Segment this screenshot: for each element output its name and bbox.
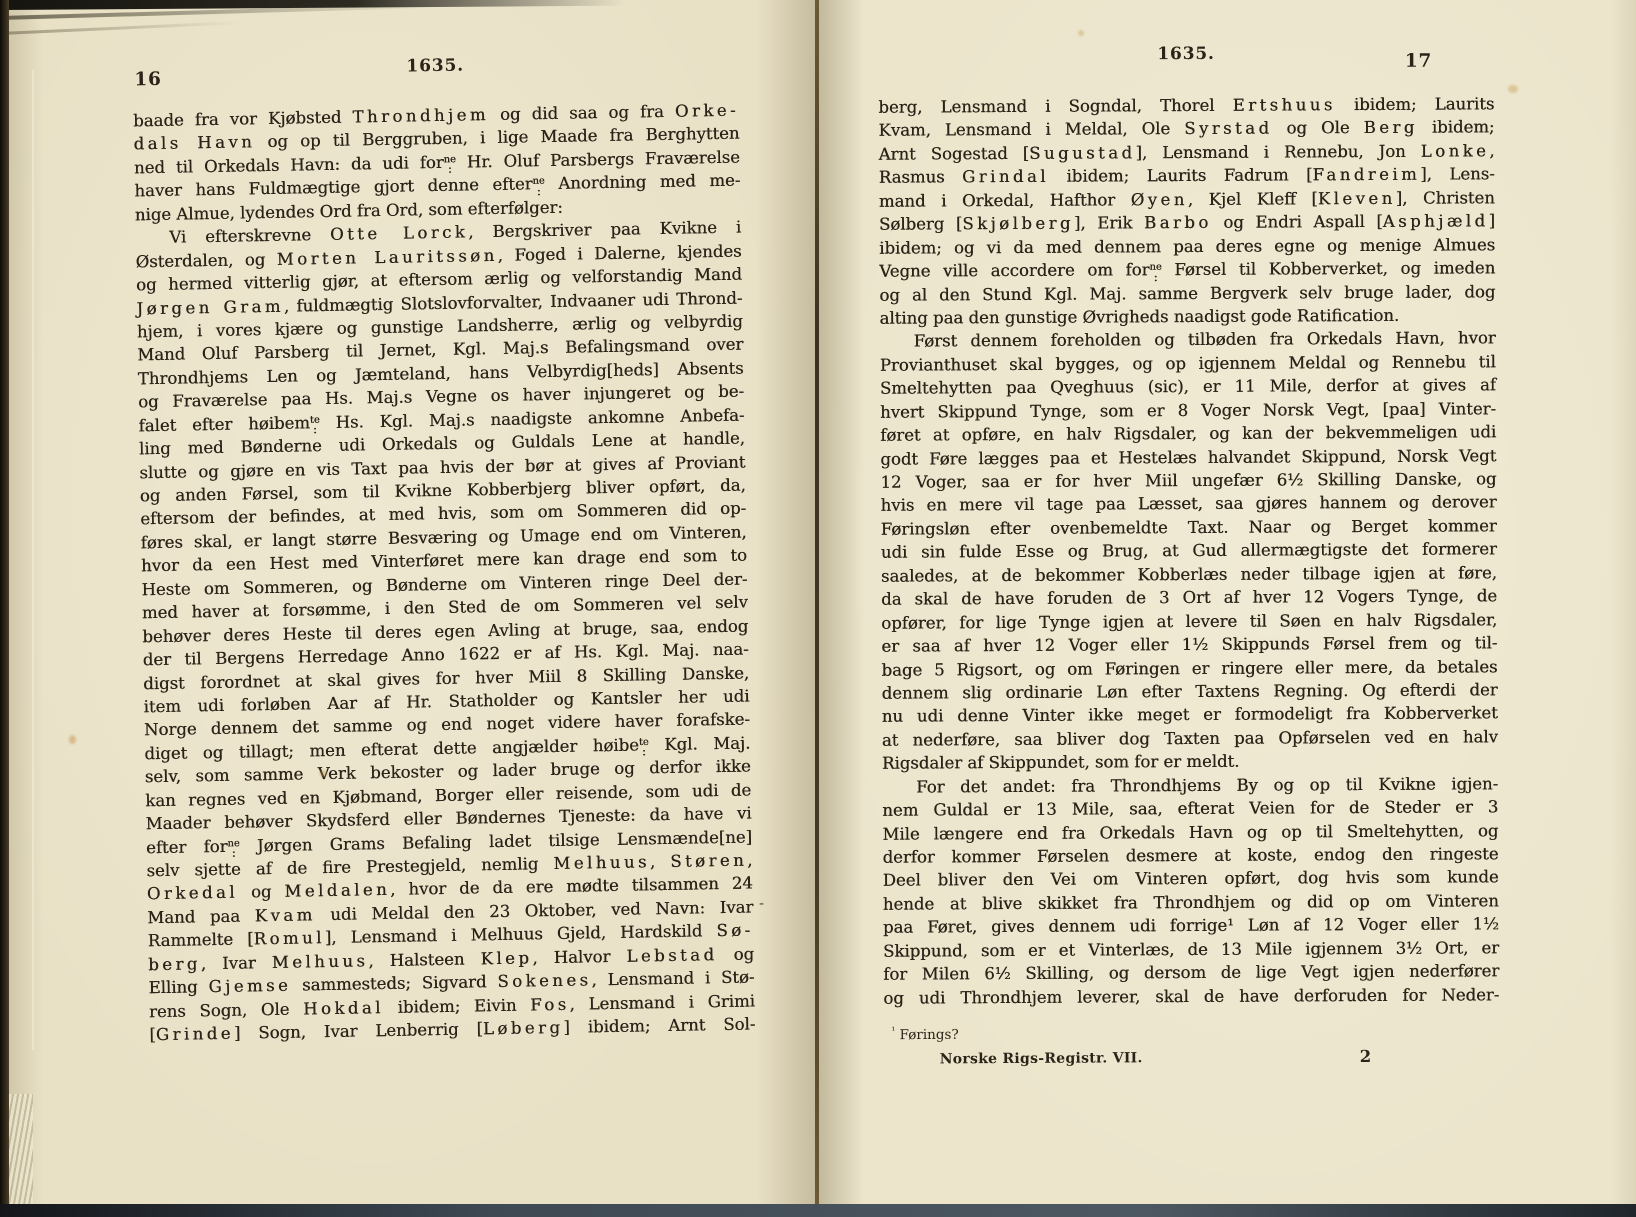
- text-line: nu udi denne Vinter ikke meget er formod…: [882, 702, 1498, 729]
- text-line: dennem slig ordinarie Løn efter Taxtens …: [882, 678, 1498, 705]
- letterspaced-name: Grindal: [962, 167, 1049, 186]
- letterspaced-name: berg: [148, 954, 201, 974]
- text-line: Arnt Sogestad [Sugustad], Lensmand i Ren…: [879, 139, 1495, 166]
- text-line: udi sin fulde Esse og Brug, at Gud aller…: [881, 538, 1497, 565]
- text-line: mand i Orkedal, Hafthor Øyen, Kjel Kleff…: [879, 186, 1495, 213]
- text-line: opfører, for lige Tynge igjen at levere …: [881, 608, 1497, 635]
- right-page-body-text: berg, Lensmand i Sogndal, Thorel Ertshuu…: [878, 92, 1499, 1009]
- letterspaced-name: Melhuus: [553, 852, 650, 873]
- text-line: Skippund, som er et Vinterlæs, de 13 Mil…: [883, 936, 1499, 963]
- letterspaced-name: Melhuus: [272, 951, 369, 972]
- letterspaced-name: Asphjæld: [1383, 212, 1489, 232]
- foxing-spot: [1078, 30, 1084, 36]
- letterspaced-name: Sø-: [716, 921, 754, 941]
- text-line: Mile længere end fra Orkedals Havn og op…: [882, 819, 1498, 846]
- text-line: hvis en mere vil tage paa Læsset, saa gj…: [881, 491, 1497, 518]
- abbreviation-superscript: ne:: [443, 151, 456, 175]
- text-line: for Milen 6¹⁄₂ Skilling, og dersom de li…: [883, 959, 1499, 986]
- abbreviation-superscript: ne:: [227, 834, 240, 858]
- letterspaced-name: Ertshuus: [1233, 95, 1336, 115]
- abbreviation-superscript: te:: [639, 733, 649, 757]
- text-line: godt Føre lægges paa et Hestelæs halvand…: [880, 444, 1496, 471]
- text-line: at nederføre, saa bliver dog Taxten paa …: [882, 725, 1498, 752]
- letterspaced-name: Orke-: [675, 101, 739, 121]
- text-line: Sølberg [Skjølberg], Erik Barbo og Endri…: [879, 209, 1495, 236]
- letterspaced-name: Syrstad: [1184, 119, 1272, 138]
- letterspaced-name: Sokenes: [497, 971, 591, 992]
- abbreviation-superscript: ne:: [1149, 258, 1161, 282]
- text-line: Føringsløn efter ovenbemeldte Taxt. Naar…: [881, 514, 1497, 541]
- series-title: Norske Rigs-Registr. VII.: [940, 1050, 1143, 1067]
- text-line: hende at blive skikket fra Throndhjem og…: [883, 889, 1499, 916]
- letterspaced-name: Berg: [1364, 118, 1418, 137]
- text-line: nem Guldal er 13 Mile, saa, efterat Veie…: [882, 795, 1498, 822]
- book-spine-gutter: [815, 0, 819, 1205]
- text-line: Først dennem foreholden og tilbøden fra …: [880, 327, 1496, 354]
- foxing-spot: [69, 735, 76, 744]
- footnote-text: Førings?: [900, 1027, 959, 1043]
- abbreviation-superscript: ne:: [532, 172, 545, 196]
- book-scan-spread: 16 1635. baade fra vor Kjøbsted Throndhj…: [0, 0, 1636, 1217]
- letterspaced-name: Øyen: [1131, 190, 1188, 209]
- text-line: hvert Skippund Tynge, som er 8 Voger Nor…: [880, 397, 1496, 424]
- letterspaced-name: Kleven: [1318, 189, 1396, 208]
- letterspaced-name: Skjølberg: [962, 214, 1074, 234]
- letterspaced-name: Fandreim: [1312, 165, 1420, 185]
- letterspaced-name: Støren: [670, 851, 747, 871]
- letterspaced-name: Orkedal: [147, 883, 238, 904]
- text-line: Vegne ville accordere om forne: Førsel t…: [879, 256, 1495, 283]
- letterspaced-name: Kvam: [255, 905, 316, 925]
- letterspaced-name: Hokdal: [303, 998, 384, 1018]
- scan-edge-left: [0, 0, 9, 1217]
- text-line: bage 5 Rigsort, og om Føringen er ringer…: [881, 655, 1497, 682]
- text-line: 12 Voger, saa er for hver Miil ungefær 6…: [880, 467, 1496, 494]
- right-page-text-column: 1635. 17 berg, Lensmand i Sogndal, Thore…: [878, 42, 1500, 1073]
- right-page: 1635. 17 berg, Lensmand i Sogndal, Thore…: [818, 0, 1636, 1205]
- letterspaced-name: Morten Lauritssøn: [277, 246, 498, 269]
- page-number: 17: [1405, 51, 1432, 72]
- footnote-marker: ¹: [891, 1026, 895, 1037]
- text-line: Kvam, Lensmand i Meldal, Ole Syrstad og …: [878, 116, 1494, 143]
- text-line: ibidem; og vi da med dennem paa deres eg…: [879, 233, 1495, 260]
- running-head: 1635.: [132, 51, 738, 82]
- letterspaced-name: Lonke: [1421, 141, 1490, 160]
- text-line: derfor kommer Førselen desmere at koste,…: [882, 842, 1498, 869]
- text-line: er saa af hver 12 Voger eller 1¹⁄₂ Skipp…: [881, 631, 1497, 658]
- text-line: og al den Stund Kgl. Maj. samme Bergverk…: [879, 280, 1495, 307]
- text-line: saaledes, at de bekommer Kobberlæs neder…: [881, 561, 1497, 588]
- text-line: For det andet: fra Throndhjems By og op …: [882, 772, 1498, 799]
- text-line: berg, Lensmand i Sogndal, Thorel Ertshuu…: [878, 92, 1494, 119]
- scan-edge-bottom: [0, 1204, 1636, 1217]
- letterspaced-name: Barbo: [1144, 213, 1212, 232]
- right-page-header: 1635. 17: [878, 42, 1494, 95]
- letterspaced-name: Klep: [480, 948, 532, 968]
- text-line: paa Føret, gives dennem udi forrige¹ Løn…: [883, 913, 1499, 940]
- left-page-body-text: baade fra vor Kjøbsted Throndhjem og did…: [133, 99, 756, 1047]
- margin-ink-mark: -: [759, 894, 764, 912]
- letterspaced-name: Romul: [253, 928, 325, 948]
- stacked-page-edges: [9, 1094, 33, 1204]
- text-line: Rasmus Grindal ibidem; Laurits Fadrum [F…: [879, 163, 1495, 190]
- running-head: 1635.: [878, 42, 1494, 65]
- letterspaced-name: Throndhjem: [352, 105, 489, 126]
- text-line: Rigsdaler af Skippundet, som for er meld…: [882, 749, 1498, 776]
- signature-mark: 2: [1360, 1047, 1372, 1066]
- left-page: 16 1635. baade fra vor Kjøbsted Throndhj…: [9, 0, 816, 1205]
- text-line: Smeltehytten paa Qveghuus (sic), er 11 M…: [880, 374, 1496, 401]
- letterspaced-name: Løberg: [483, 1018, 564, 1038]
- text-line: alting paa den gunstige Øvrigheds naadig…: [879, 303, 1495, 330]
- letterspaced-name: Meldalen: [284, 880, 390, 901]
- text-line: og udi Throndhjem leverer, skal de have …: [883, 983, 1499, 1010]
- text-line: Deel bliver den Vei om Vinteren opført, …: [883, 866, 1499, 893]
- abbreviation-superscript: te:: [310, 411, 320, 435]
- letterspaced-name: Gjemse: [208, 976, 291, 996]
- letterspaced-name: Otte Lorck: [330, 223, 469, 244]
- foxing-spot: [1508, 85, 1518, 93]
- letterspaced-name: Fos: [530, 994, 570, 1014]
- page-footer: Norske Rigs-Registr. VII. 2: [884, 1048, 1500, 1073]
- letterspaced-name: Grinde: [156, 1024, 234, 1044]
- letterspaced-name: Sugustad: [1029, 143, 1135, 163]
- text-line: da skal de have foruden de 3 Ort af hver…: [881, 584, 1497, 611]
- footnote: ¹ Førings?: [883, 1022, 1499, 1043]
- page-edge-highlight: [32, 70, 34, 1050]
- foxing-spot: [319, 770, 328, 777]
- text-line: Provianthuset skal bygges, og op igjenne…: [880, 350, 1496, 377]
- left-page-text-column: 16 1635. baade fra vor Kjøbsted Throndhj…: [132, 49, 755, 1047]
- letterspaced-name: Lebstad: [626, 945, 717, 966]
- letterspaced-name: Jørgen Gram: [136, 296, 284, 318]
- text-line: føret at opføre, en halv Rigsdaler, og k…: [880, 420, 1496, 447]
- letterspaced-name: dals Havn: [133, 133, 255, 154]
